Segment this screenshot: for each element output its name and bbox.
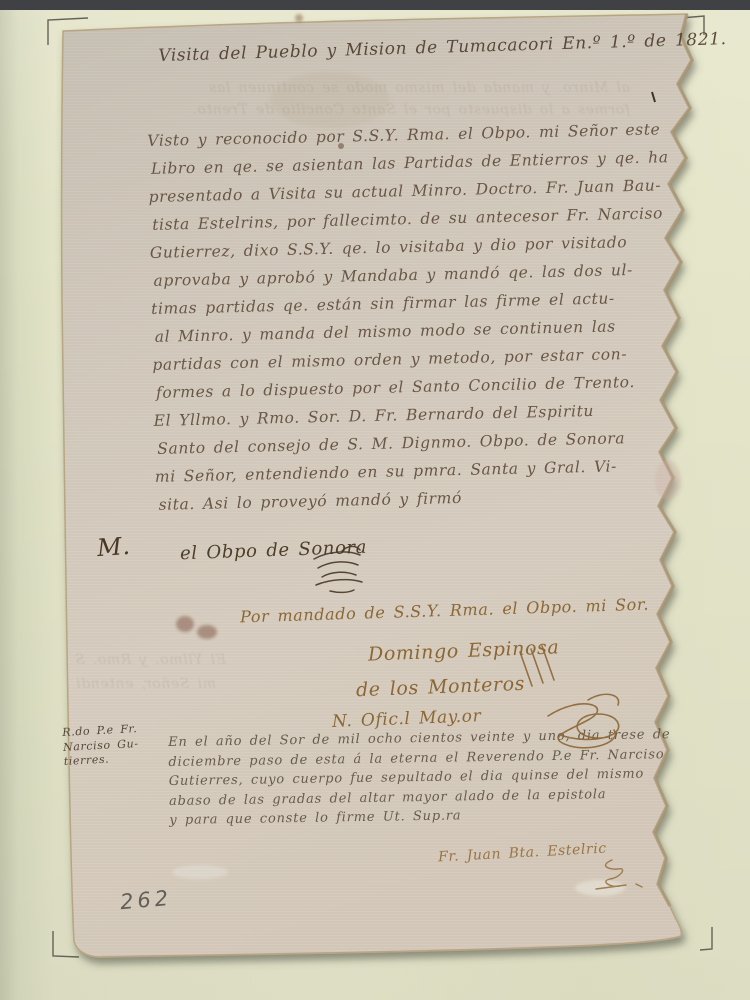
registration-mark-bottom-right bbox=[700, 927, 712, 950]
bleedthrough-text: al Minro. y manda del mismo modo se cont… bbox=[170, 80, 630, 96]
margin-note: R.do P.e Fr. Narciso Gu- tierres. bbox=[62, 722, 140, 769]
stain bbox=[295, 14, 303, 22]
smudge bbox=[575, 880, 625, 896]
bleedthrough-text: El Yllmo. y Rmo. Sor. D. Fr. Bernardo de… bbox=[76, 652, 226, 668]
smudge bbox=[172, 865, 228, 879]
bleedthrough-text: formes a lo dispuesto por el Santo Conci… bbox=[160, 102, 630, 118]
page-number: 262 bbox=[119, 886, 173, 914]
stain bbox=[197, 625, 217, 639]
visitation-paragraph: Visto y reconocido por S.S.Y. Rma. el Ob… bbox=[147, 115, 677, 519]
bishop-monogram: M. bbox=[96, 532, 131, 562]
photograph-of-manuscript: al Minro. y manda del mismo modo se cont… bbox=[0, 0, 750, 1000]
burial-note-paragraph: En el año del Sor de mil ocho cientos ve… bbox=[168, 725, 672, 830]
stain bbox=[176, 616, 194, 632]
bleedthrough-text: mi Señor, entendiendo en su pmra. Santa … bbox=[76, 676, 216, 692]
